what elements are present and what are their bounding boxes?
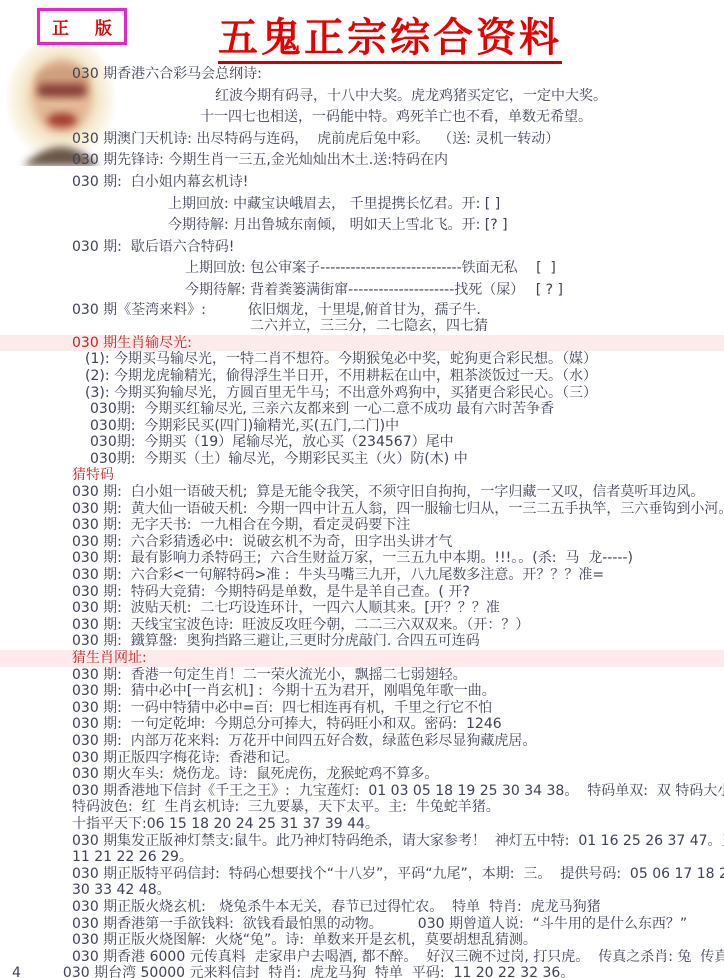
text-line: 030期: 今期彩民买(四门)输精光,买(五门,二门)中 xyxy=(0,418,724,435)
text-line: 上期回放: 包公审案子----------------------------铁… xyxy=(0,258,724,280)
text-line: 030 期: 无字天书: 一九相合在今期，看定灵码要下注 xyxy=(0,517,724,534)
text-line: 030 期火车头: 烧伤龙。诗: 鼠死虎伤，龙猴蛇鸡不算多。 xyxy=(0,766,724,783)
text-line: 今期待解: 背着粪篓满街窜---------------------找死（屎） … xyxy=(0,280,724,302)
text-line: 030 期正版四字梅花诗: 香港和记。 xyxy=(0,750,724,767)
text-line: 030 期: 一码中特猜中必中=百: 四七相连再有机，千里之行它不怕 xyxy=(0,700,724,717)
text-line: 030 期香港六合彩马会总纲诗: xyxy=(0,64,724,86)
text-line: 十一四七也相送，一码能中特。鸡死羊亡也不看，单数无希望。 xyxy=(0,107,724,129)
authentic-badge: 正 版 xyxy=(37,8,127,45)
section-heading: 猜特码 xyxy=(0,467,724,484)
text-line: 030 期: 天线宝宝波色诗: 旺波反攻旺今朝，二二三六双双来。（开：？） xyxy=(0,617,724,634)
text-line: 十指平天下:06 15 18 20 24 25 31 37 39 44。 xyxy=(0,816,724,833)
text-line: 030期: 今期买（土）输尽光，今期彩民买主（火）防(木) 中 xyxy=(0,451,724,468)
text-line: 030 期: 白小姐内幕玄机诗! xyxy=(0,172,724,194)
text-line: 030 期澳门天机诗: 出尽特码与连码， 虎前虎后兔中彩。 （送: 灵机一转动） xyxy=(0,129,724,151)
section-heading: 030 期生肖输尽光: xyxy=(0,335,724,352)
text-line: 030 期: 最有影响力杀特码王; 六合生财益万家，一三五九中本期。!!!。。(… xyxy=(0,550,724,567)
text-line: 030期: 今期买（19）尾输尽光，放心买（234567）尾中 xyxy=(0,434,724,451)
text-line: 030 期: 白小姐一语破天机; 算是无能令我笑，不须守旧自拘拘，一字归藏一又叹… xyxy=(0,484,724,501)
text-line: 特码波色: 红 生肖玄机诗: 三九要暴，天下太平。主: 牛兔蛇羊猪。 xyxy=(0,799,724,816)
text-line: 今期待解: 月出鲁城东南倾， 明如天上雪北飞。开: [? ] xyxy=(0,215,724,237)
text-line: 上期回放: 中藏宝诀峨眉去， 千里提携长忆君。开: [ ] xyxy=(0,194,724,216)
text-line: 11 21 22 26 29。 xyxy=(0,849,724,866)
page-title: 五鬼正宗综合资料 xyxy=(218,16,562,64)
text-line: 红波今期有码寻，十八中大奖。虎龙鸡猪买定它，一定中大奖。 xyxy=(0,86,724,108)
text-line: 4 030 期台湾 50000 元来料信封 特肖: 虎龙马狗 特单 平码: 11… xyxy=(0,965,724,978)
text-line: (3): 今期买狗输尽光，方圆百里无牛马；不出意外鸡狗中，买猪更合彩民心。（三） xyxy=(0,385,724,402)
text-line: 030 期正版火烧图解: 火烧“兔”。诗: 单数来开是玄机，莫要胡想乱猜测。 xyxy=(0,932,724,949)
text-line: 030 期正版特平码信封: 特码心想要找个“十八岁”，平码“九尾”，本期: 三。… xyxy=(0,866,724,883)
text-line: 030 期: 六合彩猜透必中: 说破玄机不为奇，田字出头讲才气 xyxy=(0,534,724,551)
text-line: 030 期香港第一手欲钱料: 欲钱看最怕黑的动物。 030 期曾道人说: “斗牛… xyxy=(0,916,724,933)
text-line: 030 期香港 6000 元传真料 走家串户去喝酒, 都不醉。 好汉三碗不过岗,… xyxy=(0,949,724,966)
text-line: 030 期: 波贴天机: 二七巧设连环计，一四六人顺其来。[开？？？准 xyxy=(0,600,724,617)
text-line: 030 期: 黄大仙一语破天机: 今期一四中计五人翁，四一服输七归从，一三二五手… xyxy=(0,501,724,518)
text-line: 030 期: 猜中必中[一肖玄机] : 今期十五为君开，刚唱兔年歌一曲。 xyxy=(0,683,724,700)
text-line: 030 期: 歇后语六合特码! xyxy=(0,237,724,259)
text-line: (2): 今期龙虎输精光，偷得浮生半日开，不用耕耘在山中，粗茶淡饭过一天。（水） xyxy=(0,368,724,385)
text-line: 二六并立，三三分，二七隐玄，四七猜 xyxy=(0,318,724,335)
section-heading: 猜生肖网址: xyxy=(0,650,724,667)
text-line: 030 期: 内部万花来料: 万花开中间四五好合数，绿蓝色彩尽显狗藏虎居。 xyxy=(0,733,724,750)
text-line: 030 期正版火烧玄机: 烧兔杀牛本无关，春节已过得忙农。 特单 特肖: 虎龙马… xyxy=(0,899,724,916)
text-line: 030 期香港地下信封《千王之王》: 九宝莲灯: 01 03 05 18 19 … xyxy=(0,783,724,800)
text-line: 030 期: 鐵算盤: 奥狗挡路三避让,三更时分虎敲门. 合四五可连码 xyxy=(0,633,724,650)
text-line: 030 期先锋诗: 今期生肖一三五,金光灿灿出木土.送:特码在内 xyxy=(0,150,724,172)
text-line: 030期: 今期买红输尽光, 三亲六友都来到 一心二意不成功 最有六时苦争香 xyxy=(0,401,724,418)
text-line: 30 33 42 48。 xyxy=(0,882,724,899)
authentic-badge-label: 正 版 xyxy=(52,19,122,39)
text-line: 030 期: 香港一句定生肖！二一荣火流光小，飘摇二七弱翅轻。 xyxy=(0,667,724,684)
text-line: 030 期: 特码大竞猜: 今期特码是单数，是牛是羊自己查。( 开? xyxy=(0,584,724,601)
text-line: (1): 今期买马输尽光，一特二肖不想符。今期猴兔必中奖，蛇狗更合彩民想。（媒） xyxy=(0,351,724,368)
lottery-text-body: 030 期香港六合彩马会总纲诗:红波今期有码寻，十八中大奖。虎龙鸡猪买定它，一定… xyxy=(0,64,724,978)
text-line: 030 期集发正版神灯禁支:鼠牛。此乃神灯特码绝杀，请大家参考！ 神灯五中特: … xyxy=(0,833,724,850)
text-line: 030 期: 六合彩<一句解特码>准 : 牛头马嘴三九开，八九尾数多注意。开？？… xyxy=(0,567,724,584)
text-line: 030 期: 一句定乾坤: 今期总分可捧大，特码旺小和双。密码: 1246 xyxy=(0,716,724,733)
text-line: 030 期《荃湾来料》: 依旧烟龙，十里堤,俯首甘为，孺子牛. xyxy=(0,302,724,319)
